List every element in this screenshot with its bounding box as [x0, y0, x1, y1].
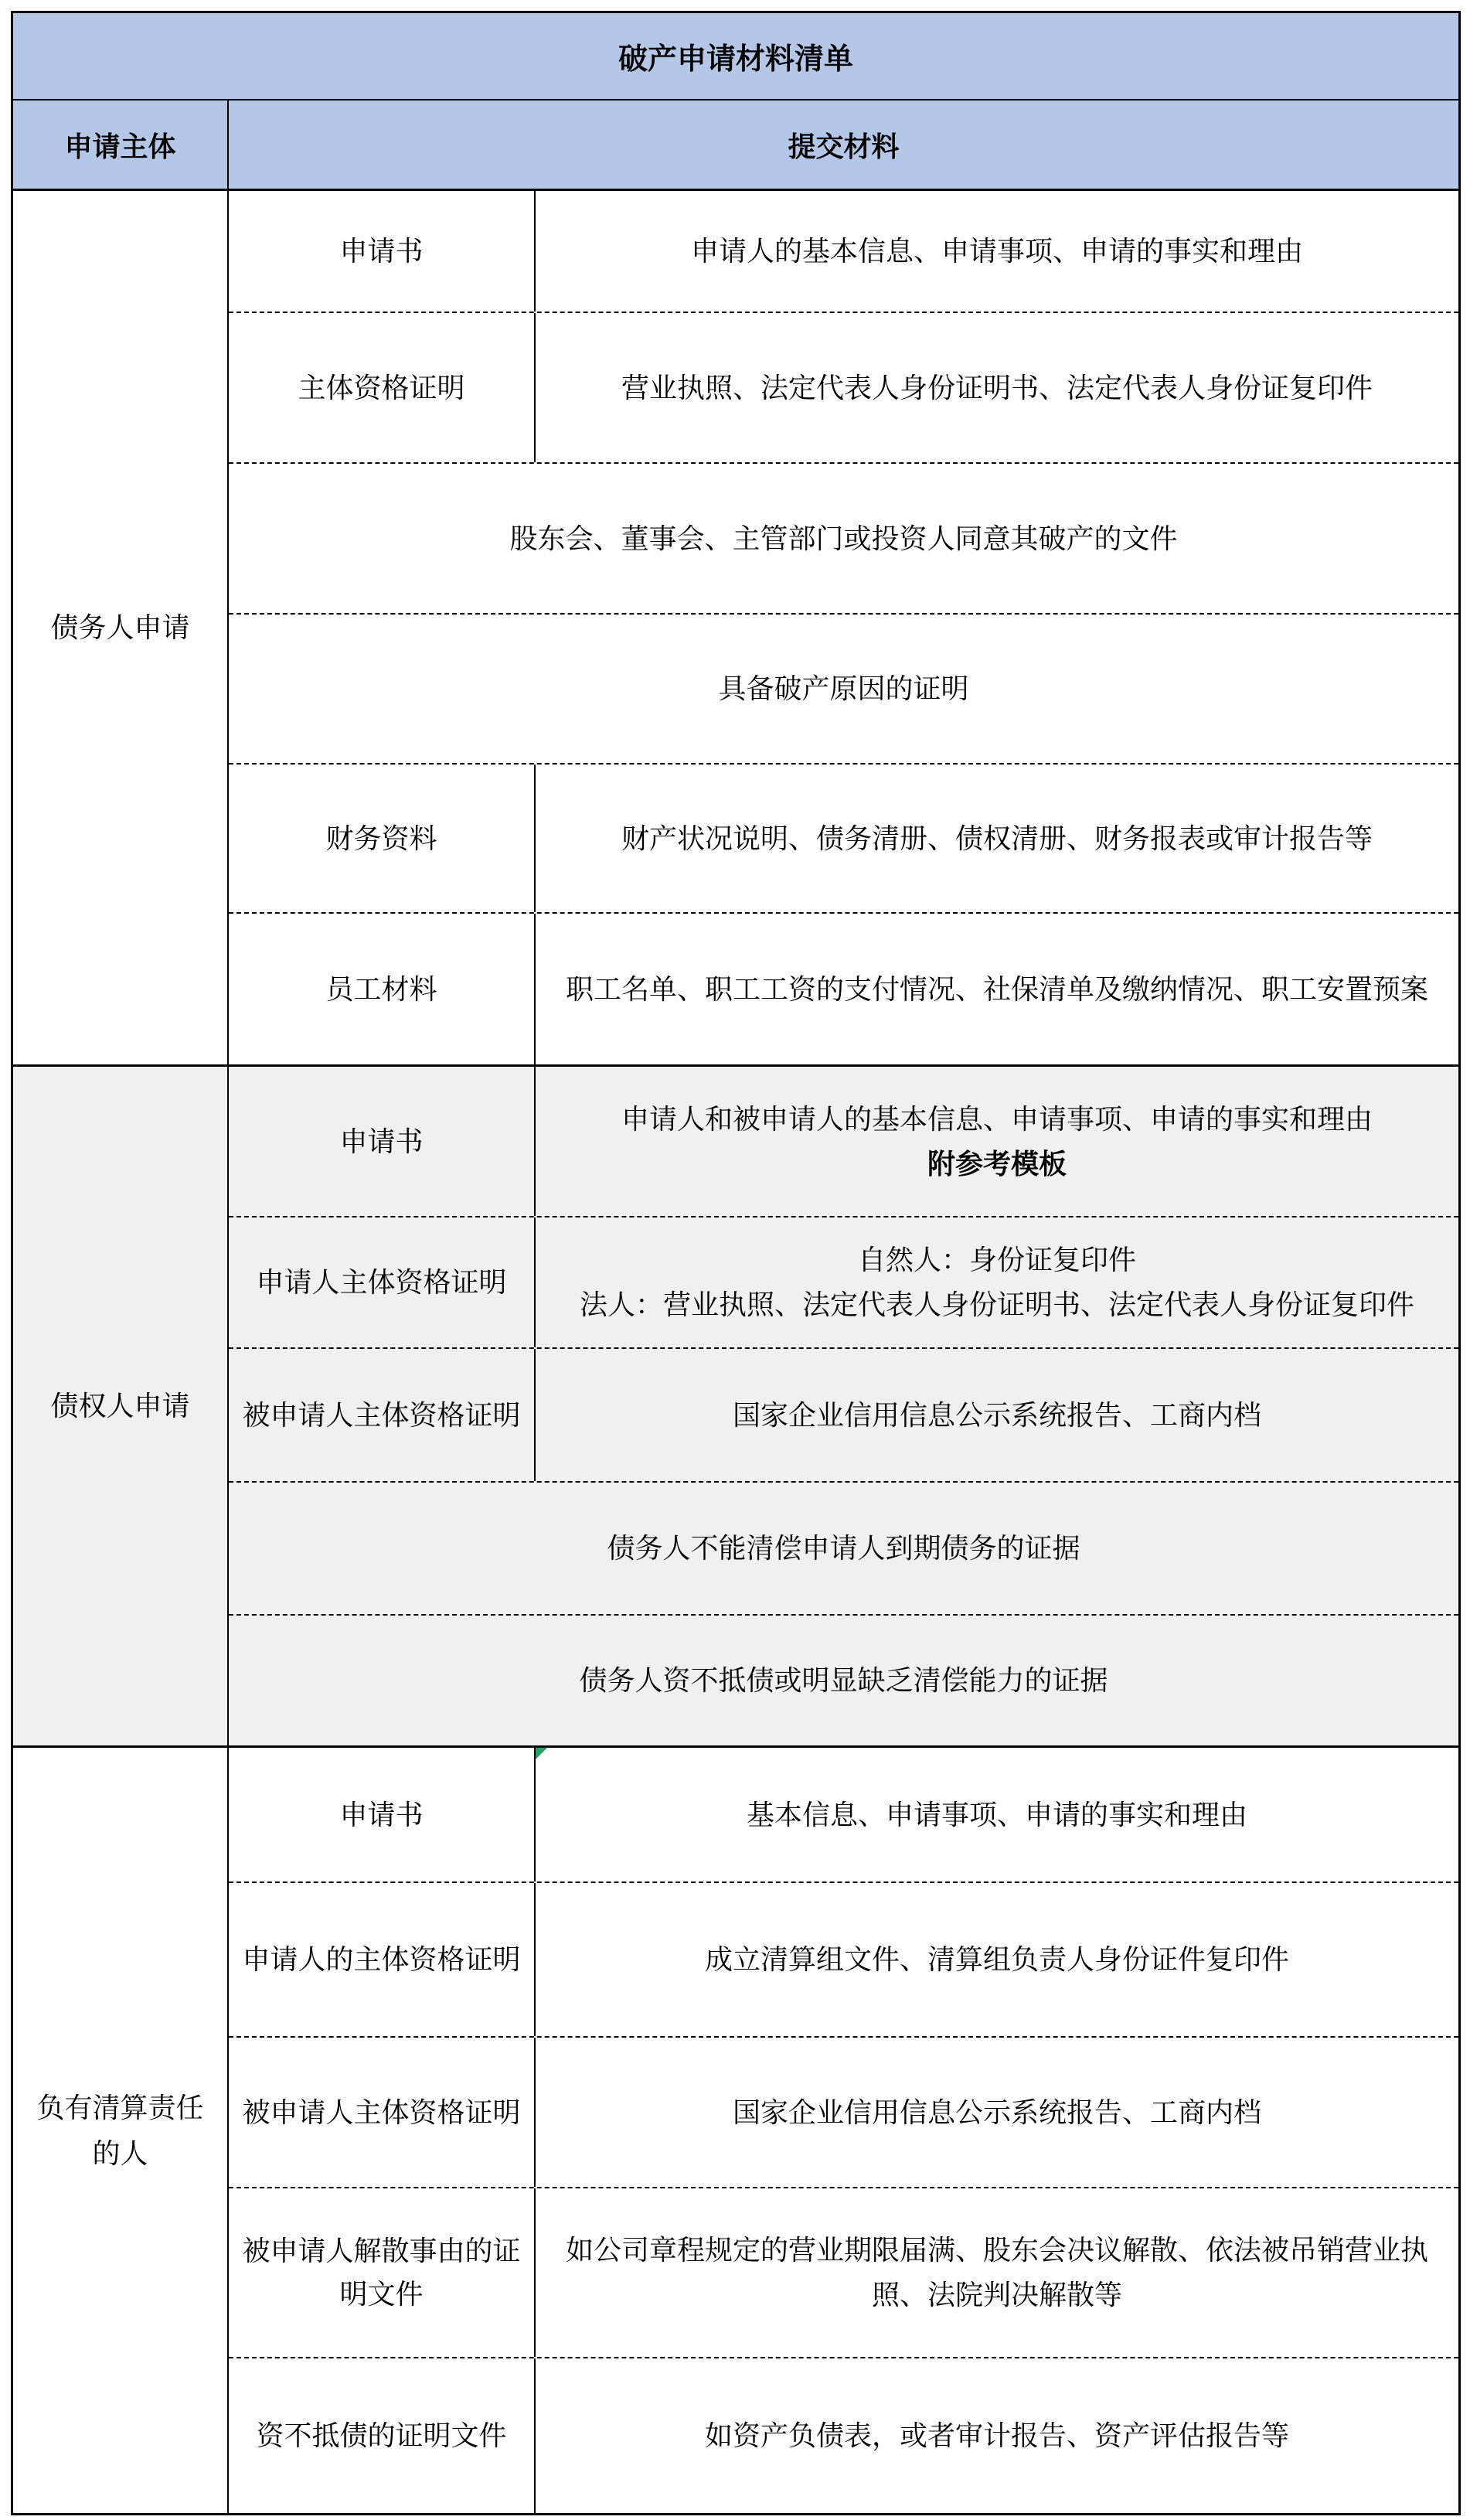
table-row: 具备破产原因的证明	[229, 615, 1458, 765]
material-name-cell: 申请书	[229, 1748, 536, 1881]
table-row: 申请书 申请人的基本信息、申请事项、申请的事实和理由	[229, 191, 1458, 313]
desc-line-2: 法人：营业执照、法定代表人身份证明书、法定代表人身份证复印件	[580, 1282, 1414, 1327]
column-header-materials: 提交材料	[229, 100, 1458, 189]
material-desc-cell: 国家企业信用信息公示系统报告、工商内档	[536, 2038, 1458, 2187]
material-name-cell: 被申请人主体资格证明	[229, 1349, 536, 1481]
section-rows: 申请书 申请人和被申请人的基本信息、申请事项、申请的事实和理由 附参考模板 申请…	[229, 1067, 1458, 1745]
material-name-cell: 申请人的主体资格证明	[229, 1883, 536, 2036]
material-desc-cell: 如公司章程规定的营业期限届满、股东会决议解散、依法被吊销营业执照、法院判决解散等	[536, 2188, 1458, 2357]
material-name-cell: 被申请人解散事由的证明文件	[229, 2188, 536, 2357]
material-name-cell: 资不抵债的证明文件	[229, 2358, 536, 2513]
section-rows: 申请书 基本信息、申请事项、申请的事实和理由 申请人的主体资格证明 成立清算组文…	[229, 1748, 1458, 2513]
material-merged-cell: 股东会、董事会、主管部门或投资人同意其破产的文件	[229, 464, 1458, 613]
material-name-cell: 申请书	[229, 1067, 536, 1216]
table-row: 申请书 申请人和被申请人的基本信息、申请事项、申请的事实和理由 附参考模板	[229, 1067, 1458, 1217]
desc-line-1: 自然人：身份证复印件	[858, 1238, 1136, 1282]
section-rows: 申请书 申请人的基本信息、申请事项、申请的事实和理由 主体资格证明 营业执照、法…	[229, 191, 1458, 1064]
table-row: 被申请人主体资格证明 国家企业信用信息公示系统报告、工商内档	[229, 1349, 1458, 1483]
column-header-subject: 申请主体	[13, 100, 229, 189]
material-desc-cell: 成立清算组文件、清算组负责人身份证件复印件	[536, 1883, 1458, 2036]
material-desc-cell: 申请人的基本信息、申请事项、申请的事实和理由	[536, 191, 1458, 312]
comment-flag-icon	[536, 1748, 547, 1759]
material-name-cell: 员工材料	[229, 914, 536, 1064]
table-row: 债务人不能清偿申请人到期债务的证据	[229, 1483, 1458, 1616]
material-desc-cell: 营业执照、法定代表人身份证明书、法定代表人身份证复印件	[536, 313, 1458, 462]
section-creditor: 债权人申请 申请书 申请人和被申请人的基本信息、申请事项、申请的事实和理由 附参…	[13, 1067, 1458, 1748]
table-row: 主体资格证明 营业执照、法定代表人身份证明书、法定代表人身份证复印件	[229, 313, 1458, 464]
material-merged-cell: 债务人不能清偿申请人到期债务的证据	[229, 1483, 1458, 1614]
materials-checklist-table: 破产申请材料清单 申请主体 提交材料 债务人申请 申请书 申请人的基本信息、申请…	[11, 11, 1461, 2515]
material-desc-cell: 申请人和被申请人的基本信息、申请事项、申请的事实和理由 附参考模板	[536, 1067, 1458, 1216]
table-row: 被申请人解散事由的证明文件 如公司章程规定的营业期限届满、股东会决议解散、依法被…	[229, 2188, 1458, 2358]
table-row: 被申请人主体资格证明 国家企业信用信息公示系统报告、工商内档	[229, 2038, 1458, 2188]
table-row: 申请书 基本信息、申请事项、申请的事实和理由	[229, 1748, 1458, 1883]
material-merged-cell: 具备破产原因的证明	[229, 615, 1458, 763]
section-debtor: 债务人申请 申请书 申请人的基本信息、申请事项、申请的事实和理由 主体资格证明 …	[13, 191, 1458, 1067]
section-liquidation-responsible: 负有清算责任的人 申请书 基本信息、申请事项、申请的事实和理由 申请人的主体资格…	[13, 1748, 1458, 2513]
header-row: 申请主体 提交材料	[13, 100, 1458, 191]
desc-line-2-template-note: 附参考模板	[927, 1142, 1067, 1187]
table-title: 破产申请材料清单	[13, 13, 1458, 100]
table-row: 资不抵债的证明文件 如资产负债表，或者审计报告、资产评估报告等	[229, 2358, 1458, 2513]
material-desc-cell: 基本信息、申请事项、申请的事实和理由	[536, 1748, 1458, 1881]
material-name-cell: 财务资料	[229, 765, 536, 912]
material-desc-cell: 国家企业信用信息公示系统报告、工商内档	[536, 1349, 1458, 1481]
desc-line-1: 基本信息、申请事项、申请的事实和理由	[747, 1793, 1247, 1837]
table-row: 申请人的主体资格证明 成立清算组文件、清算组负责人身份证件复印件	[229, 1883, 1458, 2038]
material-desc-cell: 职工名单、职工工资的支付情况、社保清单及缴纳情况、职工安置预案	[536, 914, 1458, 1064]
material-name-cell: 申请人主体资格证明	[229, 1217, 536, 1347]
material-name-cell: 被申请人主体资格证明	[229, 2038, 536, 2187]
material-name-cell: 申请书	[229, 191, 536, 312]
section-subject-label: 债务人申请	[13, 191, 229, 1064]
table-row: 债务人资不抵债或明显缺乏清偿能力的证据	[229, 1616, 1458, 1745]
table-row: 股东会、董事会、主管部门或投资人同意其破产的文件	[229, 464, 1458, 615]
table-row: 员工材料 职工名单、职工工资的支付情况、社保清单及缴纳情况、职工安置预案	[229, 914, 1458, 1064]
section-subject-label: 债权人申请	[13, 1067, 229, 1745]
material-desc-cell: 财产状况说明、债务清册、债权清册、财务报表或审计报告等	[536, 765, 1458, 912]
table-row: 申请人主体资格证明 自然人：身份证复印件 法人：营业执照、法定代表人身份证明书、…	[229, 1217, 1458, 1349]
desc-line-1: 申请人和被申请人的基本信息、申请事项、申请的事实和理由	[621, 1097, 1373, 1142]
material-desc-cell: 自然人：身份证复印件 法人：营业执照、法定代表人身份证明书、法定代表人身份证复印…	[536, 1217, 1458, 1347]
table-row: 财务资料 财产状况说明、债务清册、债权清册、财务报表或审计报告等	[229, 765, 1458, 914]
material-desc-cell: 如资产负债表，或者审计报告、资产评估报告等	[536, 2358, 1458, 2513]
section-subject-label: 负有清算责任的人	[13, 1748, 229, 2513]
material-name-cell: 主体资格证明	[229, 313, 536, 462]
material-merged-cell: 债务人资不抵债或明显缺乏清偿能力的证据	[229, 1616, 1458, 1745]
